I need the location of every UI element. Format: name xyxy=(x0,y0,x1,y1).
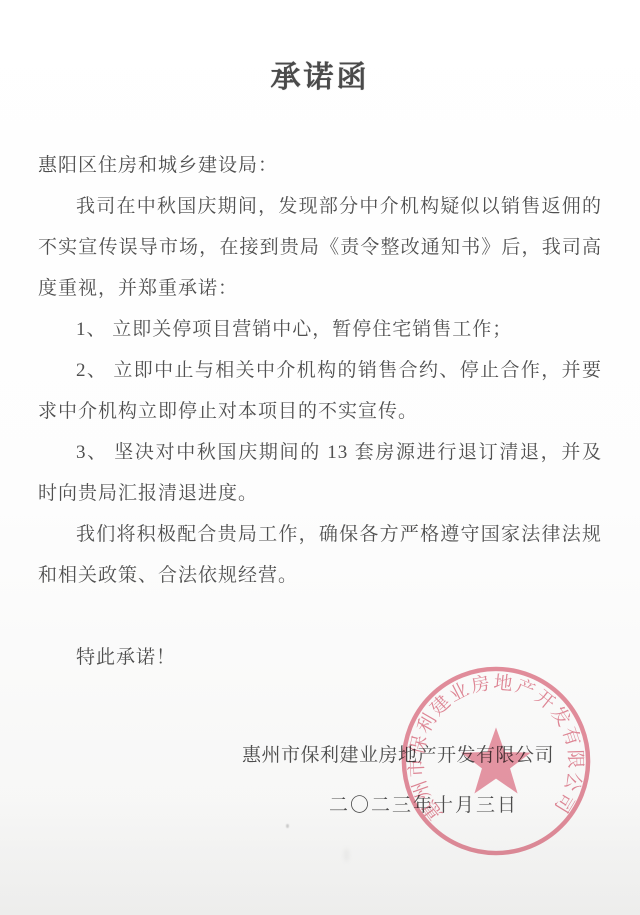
signature-date: 二〇二三年十月三日 xyxy=(38,785,602,826)
scanned-letter-page: 承诺函 惠阳区住房和城乡建设局： 我司在中秋国庆期间，发现部分中介机构疑似以销售… xyxy=(0,0,640,915)
paragraph-assurance: 我们将积极配合贵局工作，确保各方严格遵守国家法律法规和相关政策、合法依规经营。 xyxy=(38,514,602,596)
paragraph-intro: 我司在中秋国庆期间，发现部分中介机构疑似以销售返佣的不实宣传误导市场，在接到贵局… xyxy=(38,186,602,309)
paragraph-item-1: 1、 立即关停项目营销中心，暂停住宅销售工作； xyxy=(38,309,602,350)
paragraph-item-2: 2、 立即中止与相关中介机构的销售合约、停止合作，并要求中介机构立即停止对本项目… xyxy=(38,350,602,432)
salutation-line: 惠阳区住房和城乡建设局： xyxy=(38,145,602,186)
letter-body: 我司在中秋国庆期间，发现部分中介机构疑似以销售返佣的不实宣传误导市场，在接到贵局… xyxy=(38,186,602,596)
paragraph-item-3: 3、 坚决对中秋国庆期间的 13 套房源进行退订清退，并及时向贵局汇报清退进度。 xyxy=(38,432,602,514)
closing-statement: 特此承诺！ xyxy=(38,637,602,678)
scan-speck xyxy=(344,848,349,862)
signature-company-name: 惠州市保利建业房地产开发有限公司 xyxy=(38,735,602,776)
letter-content: 承诺函 惠阳区住房和城乡建设局： 我司在中秋国庆期间，发现部分中介机构疑似以销售… xyxy=(0,58,640,826)
document-title: 承诺函 xyxy=(38,58,602,98)
